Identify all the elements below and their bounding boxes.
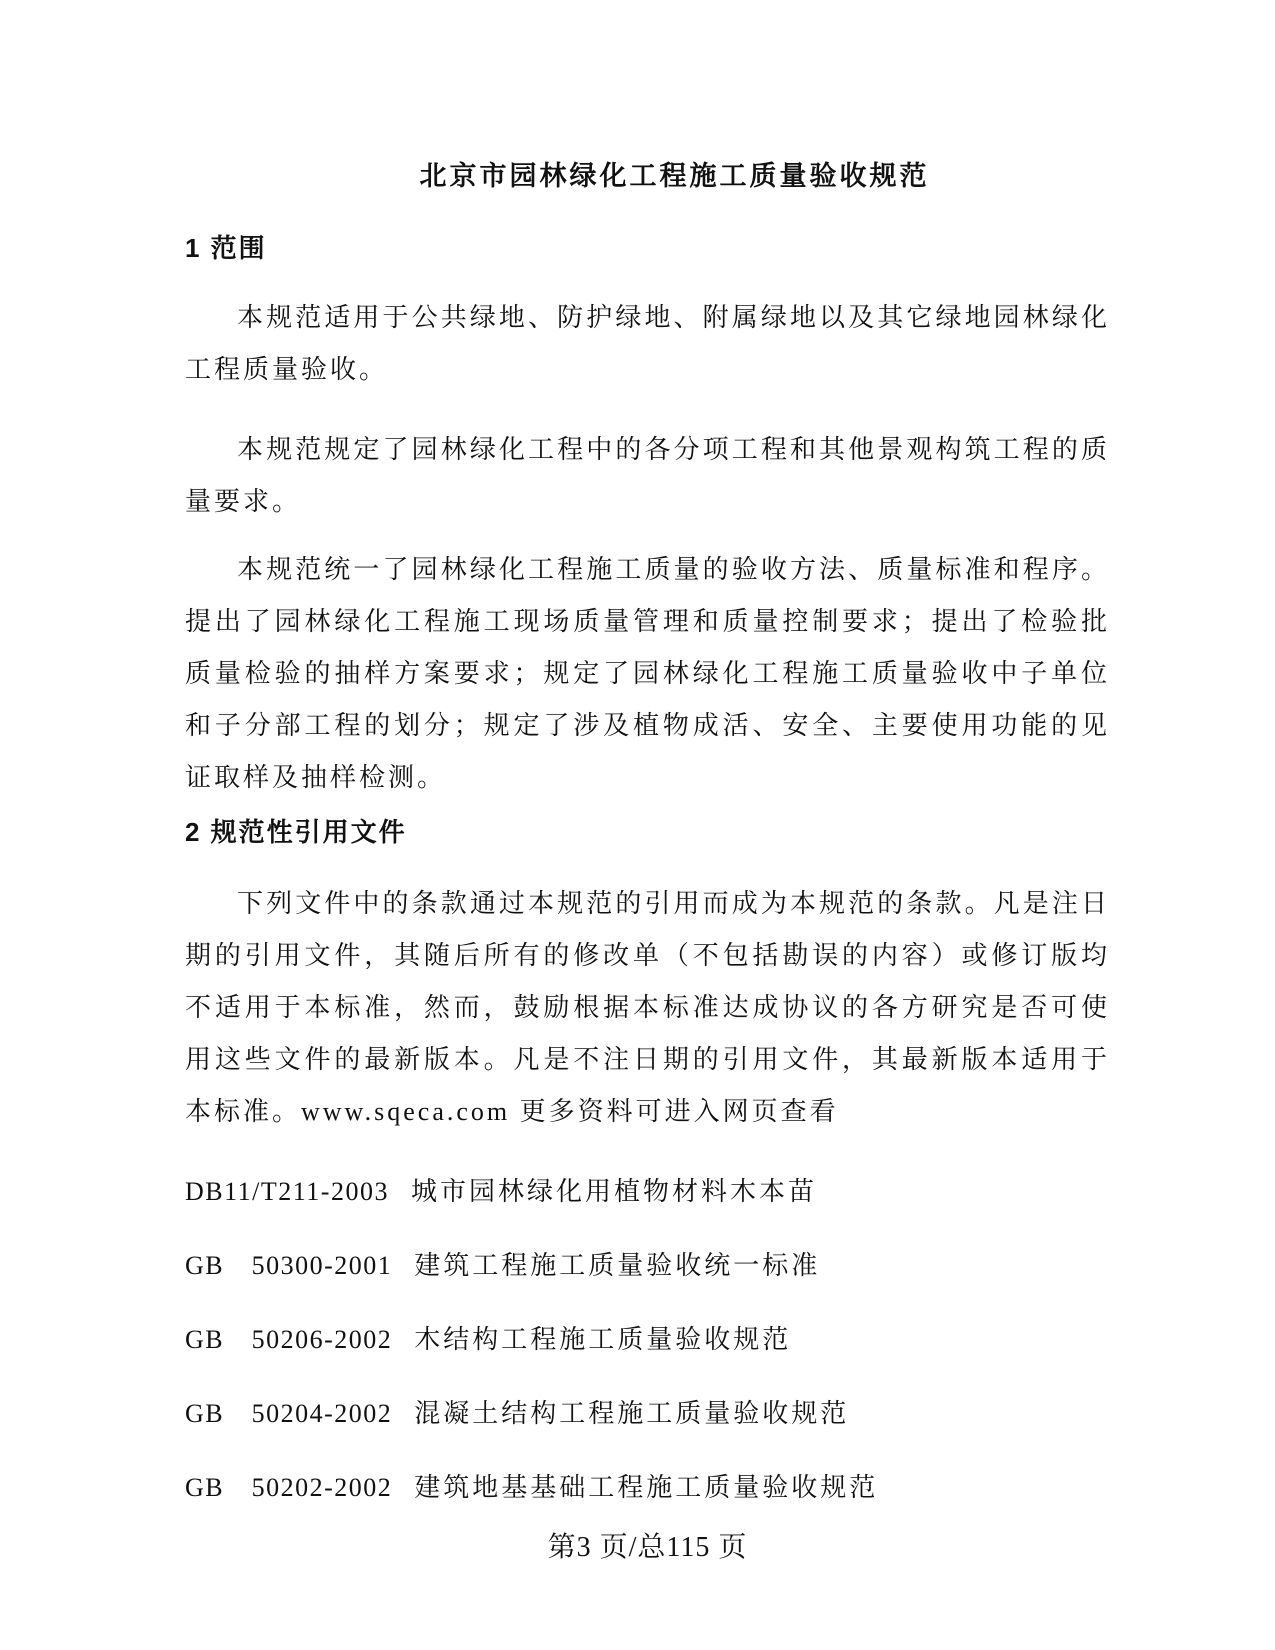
reference-title: 建筑工程施工质量验收统一标准 — [414, 1251, 820, 1280]
document-title: 北京市园林绿化工程施工质量验收规范 — [185, 158, 1110, 194]
reference-title: 混凝土结构工程施工质量验收规范 — [414, 1399, 849, 1428]
reference-line: DB11/T211-2003城市园林绿化用植物材料木本苗 — [185, 1172, 1110, 1212]
reference-title: 城市园林绿化用植物材料木本苗 — [411, 1177, 817, 1206]
section-2-paragraph-1: 下列文件中的条款通过本规范的引用而成为本规范的条款。凡是注日期的引用文件，其随后… — [185, 878, 1110, 1138]
reference-code: DB11/T211-2003 — [185, 1177, 389, 1206]
reference-code: GB 50300-2001 — [185, 1251, 392, 1280]
reference-title: 木结构工程施工质量验收规范 — [414, 1325, 791, 1354]
reference-code: GB 50204-2002 — [185, 1399, 392, 1428]
document-page: 北京市园林绿化工程施工质量验收规范 1 范围 本规范适用于公共绿地、防护绿地、附… — [0, 0, 1275, 1650]
reference-code: GB 50206-2002 — [185, 1325, 392, 1354]
section-1-heading: 1 范围 — [185, 230, 1110, 266]
reference-line: GB 50204-2002混凝土结构工程施工质量验收规范 — [185, 1394, 1110, 1434]
page-number-indicator: 第3 页/总115 页 — [185, 1528, 1110, 1568]
reference-line: GB 50300-2001建筑工程施工质量验收统一标准 — [185, 1246, 1110, 1286]
section-2-heading: 2 规范性引用文件 — [185, 814, 1110, 850]
section-1-paragraph-1: 本规范适用于公共绿地、防护绿地、附属绿地以及其它绿地园林绿化工程质量验收。 — [185, 292, 1110, 396]
reference-line: GB 50206-2002木结构工程施工质量验收规范 — [185, 1320, 1110, 1360]
reference-code: GB 50202-2002 — [185, 1473, 392, 1502]
reference-line: GB 50202-2002建筑地基基础工程施工质量验收规范 — [185, 1468, 1110, 1508]
section-1-paragraph-3: 本规范统一了园林绿化工程施工质量的验收方法、质量标准和程序。提出了园林绿化工程施… — [185, 544, 1110, 804]
reference-title: 建筑地基基础工程施工质量验收规范 — [414, 1473, 878, 1502]
section-1-paragraph-2: 本规范规定了园林绿化工程中的各分项工程和其他景观构筑工程的质量要求。 — [185, 424, 1110, 528]
